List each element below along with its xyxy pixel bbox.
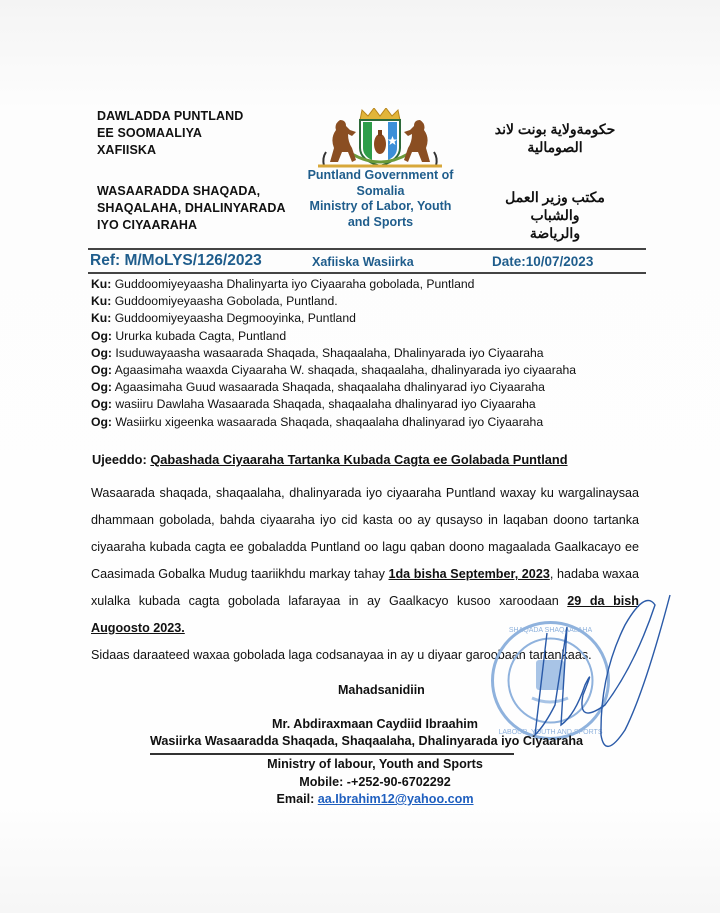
government-ministry-title: Puntland Government of Somalia Ministry … [298,168,463,230]
closing-salutation: Mahadsanidiin [338,683,425,697]
divider [150,753,514,755]
reference-line: Ref: M/MoLYS/126/2023 Xafiiska Wasiirka … [90,252,640,272]
recipient-item: Ku: Guddoomiyeyaasha Dhalinyarta iyo Ciy… [91,276,576,293]
signatory-contact: Ministry of labour, Youth and Sports Mob… [0,756,720,809]
arabic-line: الصومالية [480,138,630,156]
email-link[interactable]: aa.Ibrahim12@yahoo.com [318,792,474,806]
signatory-name: Mr. Abdiraxmaan Caydiid Ibraahim [0,717,720,731]
arabic-line: حكومةولاية بونت لاند [480,120,630,138]
ministry-name: Ministry of labour, Youth and Sports [30,756,720,774]
divider [88,248,646,250]
letter-page: DAWLADDA PUNTLAND EE SOOMAALIYA XAFIISKA… [0,0,720,913]
header-line: WASAARADDA SHAQADA, [97,183,286,200]
recipient-item: Og: Agaasimaha Guud wasaarada Shaqada, s… [91,379,576,396]
header-line: SHAQALAHA, DHALINYARADA [97,200,286,217]
divider [88,272,646,274]
signatory-title: Wasiirka Wasaaradda Shaqada, Shaqaalaha,… [150,734,583,748]
recipient-item: Og: wasiiru Dawlaha Wasaarada Shaqada, s… [91,396,576,413]
title-line: and Sports [298,215,463,231]
mobile-number: Mobile: -+252-90-6702292 [30,774,720,792]
recipient-item: Og: Agaasimaha waaxda Ciyaaraha W. shaqa… [91,362,576,379]
puntland-coat-of-arms-icon [312,108,448,170]
subject-label: Ujeeddo: [92,452,150,467]
reference-number: Ref: M/MoLYS/126/2023 [90,252,262,270]
subject-line: Ujeeddo: Qabashada Ciyaaraha Tartanka Ku… [92,452,568,467]
subject-text: Qabashada Ciyaaraha Tartanka Kubada Cagt… [150,452,567,467]
header-line: XAFIISKA [97,142,286,159]
recipients-list: Ku: Guddoomiyeyaasha Dhalinyarta iyo Ciy… [91,276,576,431]
recipient-item: Og: Isuduwayaasha wasaarada Shaqada, Sha… [91,345,576,362]
arabic-line: والرياضة [480,224,630,242]
title-line: Somalia [298,184,463,200]
recipient-item: Ku: Guddoomiyeyaasha Degmooyinka, Puntla… [91,310,576,327]
header-arabic-right: حكومةولاية بونت لاند الصومالية مكتب وزير… [480,120,630,242]
header-line: EE SOOMAALIYA [97,125,286,142]
title-line: Ministry of Labor, Youth [298,199,463,215]
tournament-date: 1da bisha September, 2023 [388,567,549,581]
recipient-item: Ku: Guddoomiyeyaasha Gobolada, Puntland. [91,293,576,310]
header-line: DAWLADDA PUNTLAND [97,108,286,125]
recipient-item: Og: Wasiirku xigeenka wasaarada Shaqada,… [91,414,576,431]
header-somali-left: DAWLADDA PUNTLAND EE SOOMAALIYA XAFIISKA… [97,108,286,234]
recipient-item: Og: Ururka kubada Cagta, Puntland [91,328,576,345]
office-label: Xafiiska Wasiirka [312,255,414,269]
letter-date: Date:10/07/2023 [492,254,593,269]
title-line: Puntland Government of [298,168,463,184]
header-line: IYO CIYAARAHA [97,217,286,234]
email-line: Email: aa.Ibrahim12@yahoo.com [30,791,720,809]
arabic-line: مكتب وزير العمل والشباب [480,188,630,224]
